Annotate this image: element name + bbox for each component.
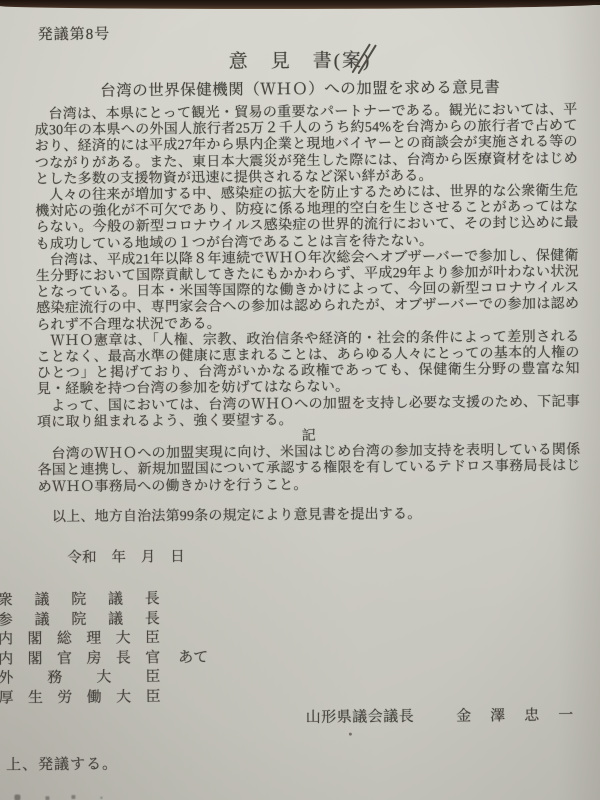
signature-name: 金 澤 忠 一 (456, 708, 575, 725)
paragraph-who-observer: 台湾は、平成21年以降８年連続でＷＨＯ年次総会へオブザーバーで参加し、保健衛生分… (36, 248, 580, 334)
doc-title: 意 見 書(案) (0, 43, 600, 75)
date-line: 令和 年 月 日 (38, 546, 581, 567)
closing-statement: 以上、地方自治法第99条の規定により意見書を提出する。 (38, 505, 581, 526)
addressee-health-labour-welfare-minister: 厚 生 労 働 大 臣 (0, 685, 161, 707)
signature-title: 山形県議会議長 (306, 709, 415, 726)
paragraph-request: よって、国においては、台湾のＷＨＯへの加盟を支持し必要な支援のため、下記事項に取… (37, 394, 580, 431)
addressee-suffix: あて (178, 650, 208, 666)
photo-speck (498, 717, 501, 719)
draft-label: (案) (334, 50, 372, 71)
document-photo: 発議第8号 意 見 書(案) 台湾の世界保健機関（ＷＨＯ）への加盟を求める意見書… (0, 0, 600, 800)
bottom-partial-text: 上、発議する。 (6, 753, 118, 775)
addressee-list: 衆 議 院 議 長 参 議 院 議 長 内 閣 総 理 大 臣 内 閣 官 房 … (0, 587, 209, 706)
title-annotation-draft: (案) (334, 45, 372, 72)
doc-title-text: 意 見 書 (229, 51, 334, 73)
paragraph-tourism-trade: 台湾は、本県にとって観光・貿易の重要なパートナーである。観光においては、平成30… (34, 103, 578, 189)
cut-off-text-marks (14, 794, 20, 800)
paragraph-infection-prevention: 人々の往来が増加する中、感染症の拡大を防止するためには、世界的な公衆衛生危機対応… (35, 184, 579, 254)
signature-line: 山形県議会議長金 澤 忠 一 (306, 704, 576, 727)
addressee-row: 外 務 大 臣 (0, 665, 208, 686)
document-content: 発議第8号 意 見 書(案) 台湾の世界保健機関（ＷＨＯ）への加盟を求める意見書… (0, 0, 600, 800)
addressee-row: 参 議 院 議 長 (0, 606, 208, 627)
addressee-row: 内 閣 官 房 長 官あて (0, 646, 208, 667)
photo-speck (349, 733, 352, 736)
addressee-row: 内 閣 総 理 大 臣 (0, 626, 208, 647)
addressee-row: 衆 議 院 議 長 (0, 587, 208, 608)
doc-number: 発議第8号 (38, 23, 111, 45)
paragraph-who-charter: ＷＨＯ憲章は、「人権、宗教、政治信条や経済的・社会的条件によって差別されることな… (36, 329, 580, 399)
addressee-row: 厚 生 労 働 大 臣 (0, 685, 209, 706)
document-body: 台湾は、本県にとって観光・貿易の重要なパートナーである。観光においては、平成30… (34, 103, 581, 567)
doc-subtitle: 台湾の世界保健機関（ＷＨＯ）への加盟を求める意見書 (0, 74, 600, 101)
record-item: 台湾のＷＨＯへの加盟実現に向け、米国はじめ台湾の参加支持を表明している関係各国と… (37, 443, 580, 496)
